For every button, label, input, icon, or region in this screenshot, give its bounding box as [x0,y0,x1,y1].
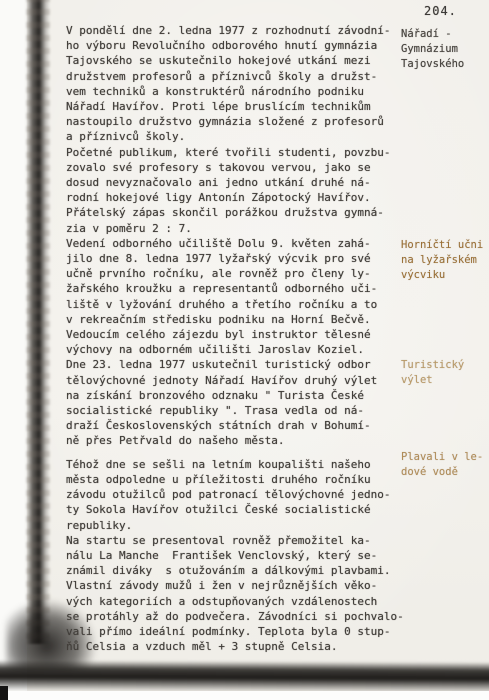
text-line: Tajovského se uskutečnilo hokejové utkán… [66,53,402,68]
margin-note: Turistickývýlet [401,358,487,388]
text-line: učně prvního ročníku, ale rovněž pro čle… [66,266,402,281]
margin-note-line: Gymnázium [401,42,487,57]
margin-note-line: Plavali v le- [401,450,487,465]
margin-note-line: Turistický [401,358,487,373]
text-line: ně přes Petřvald do našeho města. [66,433,402,448]
paragraph: Početné publikum, které tvořili studenti… [66,145,402,236]
text-line: nálu La Manche František Venclovský, kte… [66,548,402,563]
text-line: vých kategoriích a odstupňovaných vzdále… [66,594,402,609]
text-line: socialistické republiky ". Trasa vedla o… [66,403,402,418]
margin-note-line: výlet [401,373,487,388]
margin-note-line: Nářadí - [401,27,487,42]
paragraph: Vedení odborného učiliště Dolu 9. květen… [66,236,402,358]
bottom-white-strip [0,691,489,700]
scanned-page: 204. V pondělí dne 2. ledna 1977 z rozho… [0,0,489,692]
margin-note-line: dové vodě [401,465,487,480]
text-line: města odpoledne u příležitosti druhého r… [66,472,402,487]
text-line: a příznivců školy. [66,129,402,144]
text-line: Dne 23. ledna 1977 uskutečnil turistický… [66,357,402,372]
margin-note-line: na lyžařském [401,253,487,268]
body-text-column: V pondělí dne 2. ledna 1977 z rozhodnutí… [66,23,402,654]
text-line: výchovy na odborném učilišti Jaroslav Ko… [66,342,402,357]
margin-note-line: Tajovského [401,57,487,72]
text-line: Přátelský zápas skončil porážkou družstv… [66,205,402,220]
text-line: liště v lyžování druhého a třetího roční… [66,297,402,312]
text-line: Vlastní závody mužů i žen v nejrůznějšíc… [66,578,402,593]
page-left-margin [0,0,27,692]
bottom-left-corner-mark [0,686,8,700]
text-line: rodní hokejové ligy Antonín Zápotocký Ha… [66,190,402,205]
text-line: dosud nevyznačovalo ani jedno utkání dru… [66,175,402,190]
text-line: ňů Celsia a vzduch měl + 3 stupně Celsia… [66,639,402,654]
bottom-edge-shadow [0,660,489,693]
page-number: 204. [424,4,457,18]
text-line: vali přímo ideální podmínky. Teplota byl… [66,624,402,639]
margin-note: Horníčtí učnina lyžařskémvýcviku [401,238,487,282]
text-line: Nářadí Havířov. Proti lépe bruslícím tec… [66,99,402,114]
margin-note: Plavali v le-dové vodě [401,450,487,480]
text-line: známil diváky s otužováním a dálkovými p… [66,563,402,578]
text-line: Vedoucím celého zájezdu byl instruktor t… [66,327,402,342]
text-line: Téhož dne se sešli na letním koupališti … [66,457,402,472]
text-line: nastoupilo družstvo gymnázia složené z p… [66,114,402,129]
paragraph: Téhož dne se sešli na letním koupališti … [66,457,402,533]
text-line: jilo dne 8. ledna 1977 lyžařský výcvik p… [66,251,402,266]
text-line: žařského kroužku a representantů odborné… [66,281,402,296]
text-line: Na startu se presentoval rovněž přemožit… [66,533,402,548]
text-line: na získání bronzového odznaku " Turista … [66,388,402,403]
text-line: V pondělí dne 2. ledna 1977 z rozhodnutí… [66,23,402,38]
paragraph: V pondělí dne 2. ledna 1977 z rozhodnutí… [66,23,402,145]
text-line: republiky. [66,518,402,533]
margin-note-line: výcviku [401,268,487,283]
paragraph: Na startu se presentoval rovněž přemožit… [66,533,402,655]
text-line: Vedení odborného učiliště Dolu 9. květen… [66,236,402,251]
text-line: ty Sokola Havířov otužilci České sociali… [66,502,402,517]
margin-note-line: Horníčtí učni [401,238,487,253]
text-line: Početné publikum, které tvořili studenti… [66,145,402,160]
text-line: družstvem profesorů a příznivců školy a … [66,69,402,84]
text-line: vem techniků a konstruktérů národního po… [66,84,402,99]
paragraph: Dne 23. ledna 1977 uskutečnil turistický… [66,357,402,448]
text-line: ho výboru Revolučního odborového hnutí g… [66,38,402,53]
text-line: závodu otužilců pod patronací tělovýchov… [66,487,402,502]
margin-note: Nářadí -GymnáziumTajovského [401,27,487,71]
text-line: tělovýchovné jednoty Nářadí Havířov druh… [66,373,402,388]
text-line: draží Československých státních drah v B… [66,418,402,433]
text-line: v rekreačním středisku podniku na Horní … [66,312,402,327]
text-line: zia v poměru 2 : 7. [66,221,402,236]
binding-shadow [26,0,50,644]
text-line: se protáhly až do podvečera. Závodníci s… [66,609,402,624]
text-line: zovalo své profesory s takovou vervou, j… [66,160,402,175]
